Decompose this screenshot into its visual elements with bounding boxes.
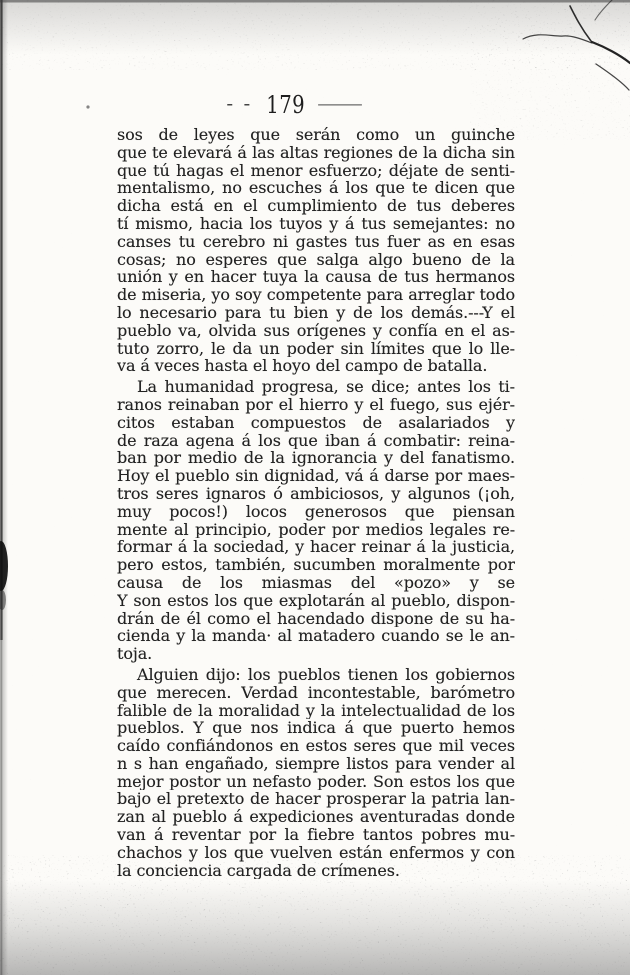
text-line: toja. [117, 645, 515, 663]
page-number: 179 [267, 91, 306, 119]
text-line: unión y en hacer tuya la causa de tus he… [117, 268, 515, 286]
tear-crack [523, 0, 630, 90]
text-line: va á veces hasta el hoyo del campo de ba… [117, 357, 515, 375]
left-edge-blot [0, 541, 8, 591]
text-line: tuto zorro, le da un poder sin límites q… [117, 340, 515, 358]
text-line: canses tu cerebro ni gastes tus fuer as … [117, 233, 515, 251]
text-line: zan al pueblo á expediciones aventuradas… [117, 808, 515, 826]
text-line: que te elevará á las altas regiones de l… [117, 144, 515, 162]
text-line: dicha está en el cumplimiento de tus deb… [117, 197, 515, 215]
page-text: sos de leyes que serán como un guinche p… [117, 126, 515, 879]
text-line: caído confiándonos en estos seres que mi… [117, 737, 515, 755]
text-line: de miseria, yo soy competente para arreg… [117, 286, 515, 304]
text-line: sos de leyes que serán como un guinche p… [117, 126, 515, 144]
text-line: Hoy el pueblo sin dignidad, vá á darse p… [117, 467, 515, 485]
text-line: pueblo va, olvida sus orígenes y confía … [117, 322, 515, 340]
text-line: de raza agena á los que iban á combatir:… [117, 432, 515, 450]
header-dashes-left: - - [226, 91, 252, 115]
paragraph: Alguien dijo: los pueblos tienen los gob… [117, 666, 515, 880]
text-line: n s han engañado, siempre listos para ve… [117, 755, 515, 773]
paragraph: sos de leyes que serán como un guinche p… [117, 126, 515, 375]
text-line: ranos reinaban por el hierro y el fuego,… [117, 396, 515, 414]
text-line: Alguien dijo: los pueblos tienen los gob… [117, 666, 515, 684]
text-line: muy pocos!) locos generosos que piensan … [117, 503, 515, 521]
text-line: chachos y los que vuelven están enfermos… [117, 844, 515, 862]
book-page: - - 179 — sos de leyes que serán como un… [0, 0, 630, 975]
text-line: mentalismo, no escuches á los que te dic… [117, 179, 515, 197]
grain-top [0, 0, 630, 70]
text-line: cienda y la manda· al matadero cuando se… [117, 627, 515, 645]
text-line: mente al principio, poder por medios leg… [117, 521, 515, 539]
text-line: tros seres ignaros ó ambiciosos, y algun… [117, 485, 515, 503]
page-header: - - 179 — [88, 92, 488, 118]
paragraph: La humanidad progresa, se dice; antes lo… [117, 378, 515, 663]
text-line: La humanidad progresa, se dice; antes lo… [117, 378, 515, 396]
text-line: van á reventar por la fiebre tantos pobr… [117, 826, 515, 844]
header-dash-right: — [316, 91, 364, 115]
text-line: cosas; no esperes que salga algo bueno d… [117, 251, 515, 269]
text-line: la conciencia cargada de crímenes. [117, 862, 515, 880]
text-line: drán de él como el hacendado dispone de … [117, 610, 515, 628]
grain-top-right [470, 0, 630, 140]
text-line: pero estos, también, sucumben moralmente… [117, 556, 515, 574]
text-line: formar á la sociedad, y hacer reinar á l… [117, 538, 515, 556]
text-line: ban por medio de la ignorancia y del fan… [117, 449, 515, 467]
text-line: falible de la moralidad y la intelectual… [117, 702, 515, 720]
text-line: lo necesario para tu bien y de los demás… [117, 304, 515, 322]
text-line: mejor postor un nefasto poder. Son estos… [117, 773, 515, 791]
text-line: pueblos. Y que nos indica á que puerto h… [117, 719, 515, 737]
text-line: citos estaban compuestos de asalariados … [117, 414, 515, 432]
text-line: tí mismo, hacia los tuyos y á tus semeja… [117, 215, 515, 233]
text-line: bajo el pretexto de hacer prosperar la p… [117, 790, 515, 808]
text-line: Y son estos los que explotarán al pueblo… [117, 592, 515, 610]
text-line: que merecen. Verdad incontestable, baróm… [117, 684, 515, 702]
text-line: causa de los miasmas del «pozo» y se cor… [117, 574, 515, 592]
text-line: que tú hagas el menor esfuerzo; déjate d… [117, 162, 515, 180]
